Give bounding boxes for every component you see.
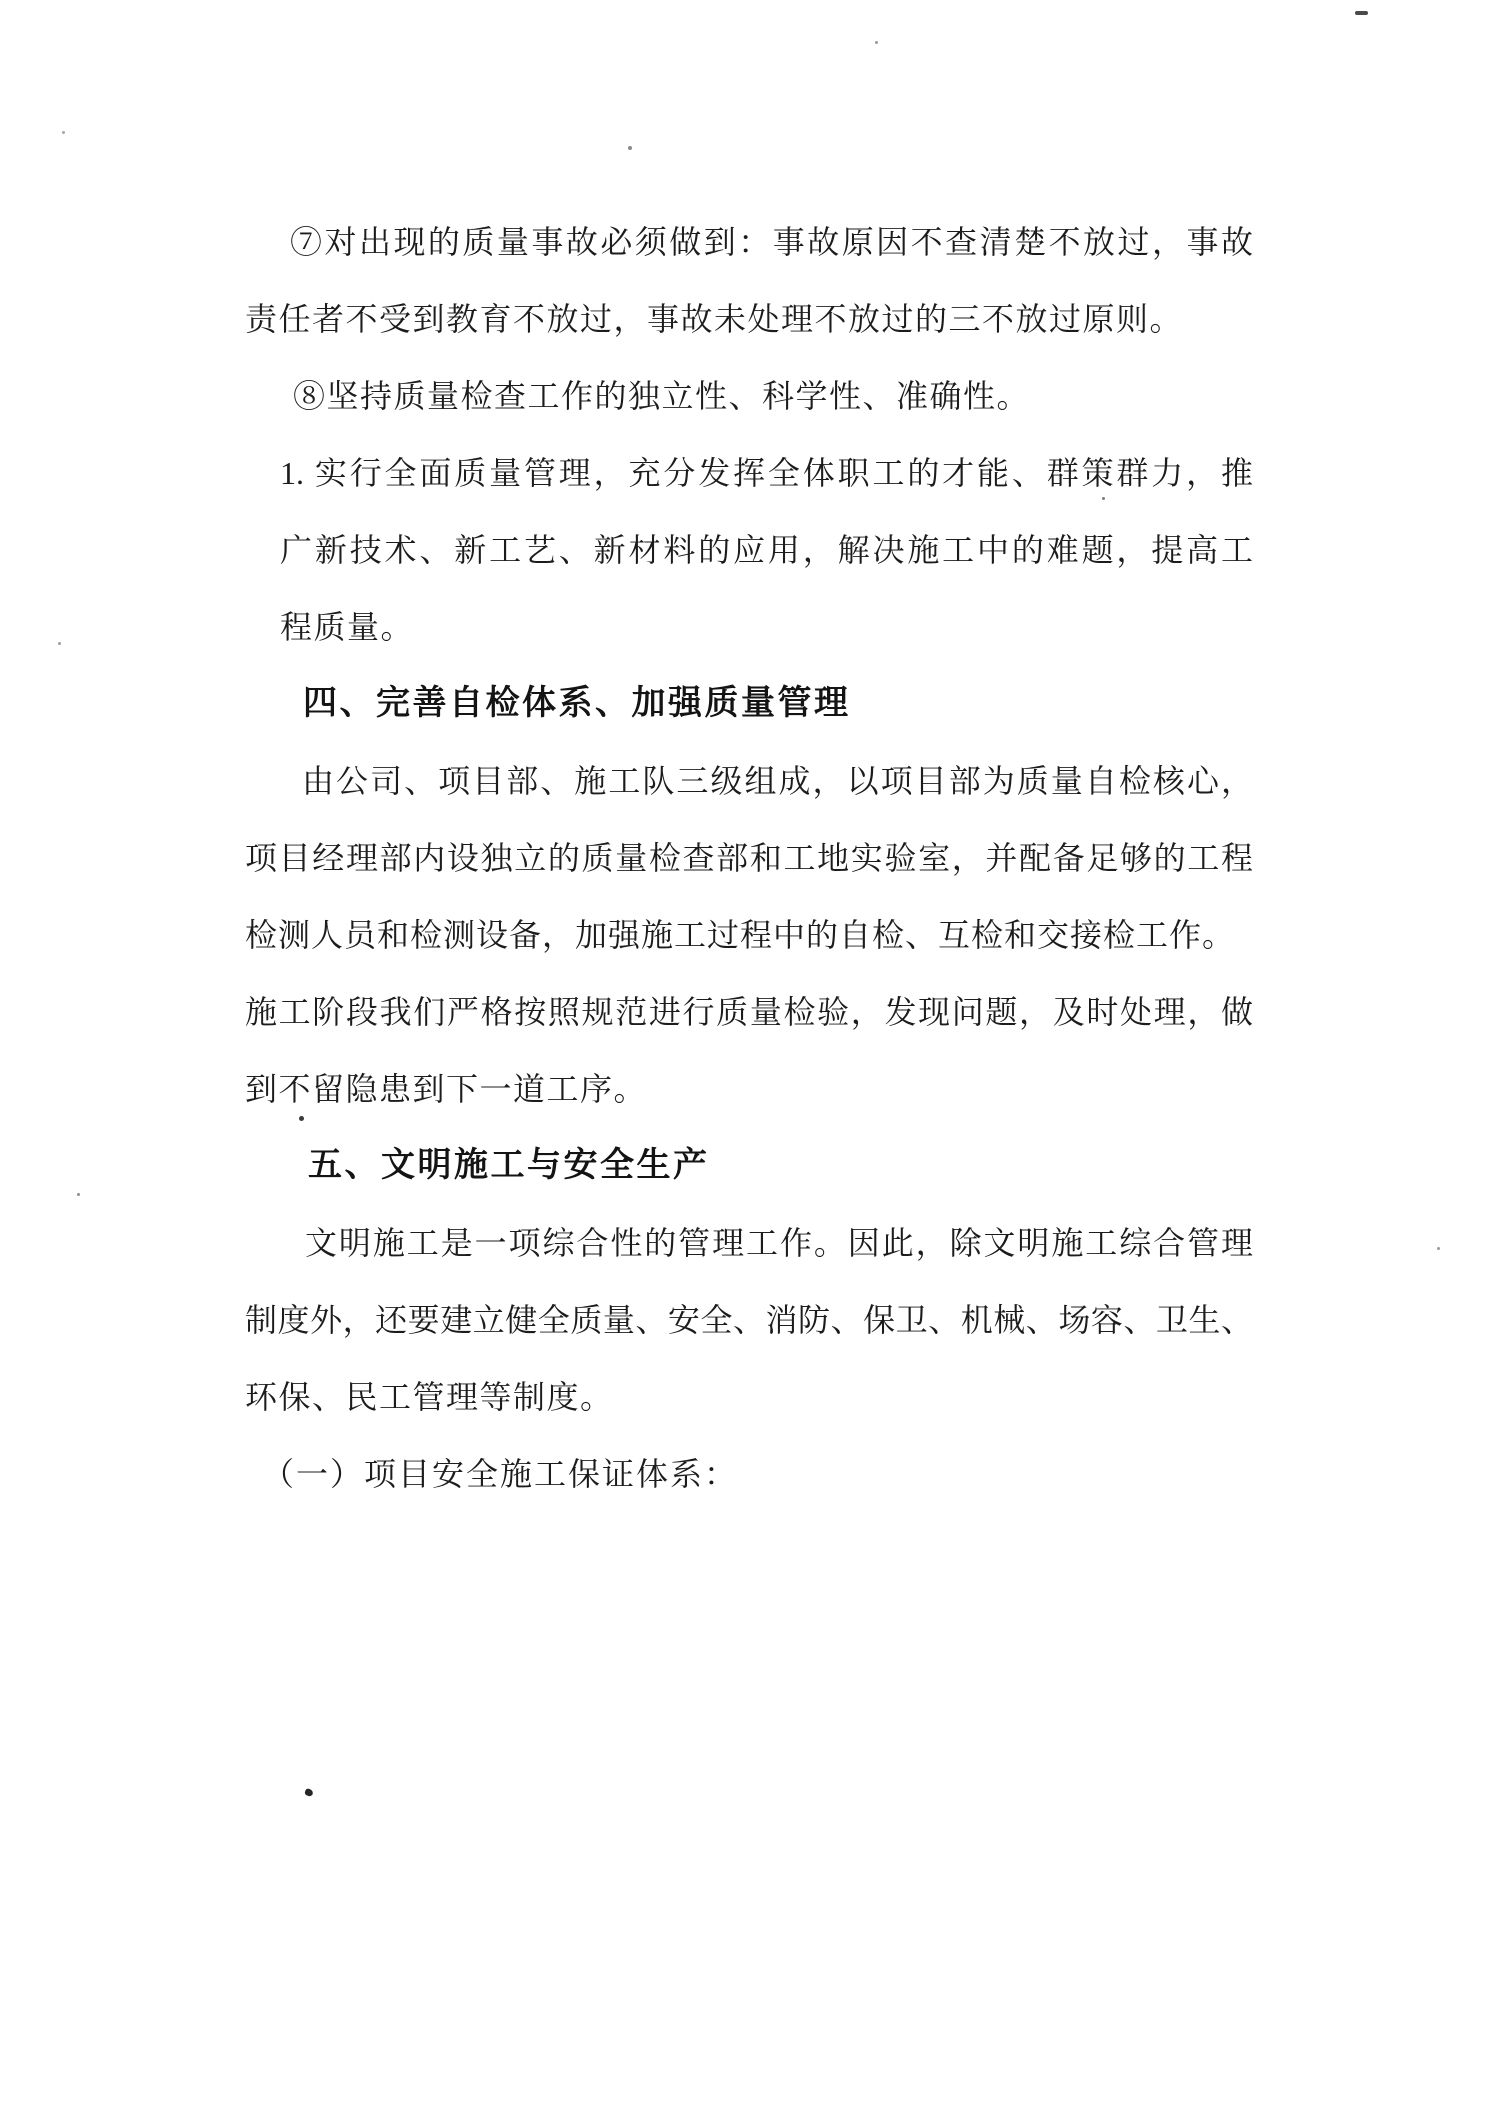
doc-line-item-1: 1. 实行全面质量管理，充分发挥全体职工的才能、群策群力，推 <box>280 453 1253 493</box>
scan-artifact <box>77 1193 80 1196</box>
scan-artifact <box>299 1116 304 1121</box>
scan-artifact <box>1102 497 1105 500</box>
document-page: ⑦对出现的质量事故必须做到：事故原因不查清楚不放过，事故 责任者不受到教育不放过… <box>0 0 1488 2106</box>
doc-line: 环保、民工管理等制度。 <box>245 1377 614 1417</box>
scan-artifact <box>875 41 878 44</box>
doc-line: 检测人员和检测设备，加强施工过程中的自检、互检和交接检工作。 <box>245 915 1235 955</box>
doc-line: 由公司、项目部、施工队三级组成，以项目部为质量自检核心， <box>302 761 1253 801</box>
doc-line: 责任者不受到教育不放过，事故未处理不放过的三不放过原则。 <box>245 299 1183 339</box>
doc-line: 制度外，还要建立健全质量、安全、消防、保卫、机械、场容、卫生、 <box>245 1300 1253 1340</box>
scan-artifact <box>1355 11 1368 15</box>
scan-artifact <box>62 131 65 134</box>
doc-line: 施工阶段我们严格按照规范进行质量检验，发现问题，及时处理，做 <box>245 992 1253 1032</box>
doc-line: 项目经理部内设独立的质量检查部和工地实验室，并配备足够的工程 <box>245 838 1253 878</box>
scan-artifact <box>304 1788 314 1797</box>
section-heading-4: 四、完善自检体系、加强质量管理 <box>303 684 851 724</box>
doc-line-item-8: ⑧坚持质量检查工作的独立性、科学性、准确性。 <box>293 376 1030 416</box>
doc-line: 广新技术、新工艺、新材料的应用，解决施工中的难题，提高工 <box>280 530 1253 570</box>
scan-artifact <box>58 642 61 645</box>
doc-line: 文明施工是一项综合性的管理工作。因此，除文明施工综合管理 <box>305 1223 1253 1263</box>
doc-line-item-7: ⑦对出现的质量事故必须做到：事故原因不查清楚不放过，事故 <box>290 222 1253 262</box>
doc-line: 程质量。 <box>280 607 414 647</box>
doc-line: 到不留隐患到下一道工序。 <box>245 1069 647 1109</box>
section-heading-5: 五、文明施工与安全生产 <box>308 1146 710 1186</box>
doc-line-subsection-1: （一）项目安全施工保证体系： <box>262 1454 738 1494</box>
scan-artifact <box>628 146 632 150</box>
scan-artifact <box>1437 1247 1440 1250</box>
